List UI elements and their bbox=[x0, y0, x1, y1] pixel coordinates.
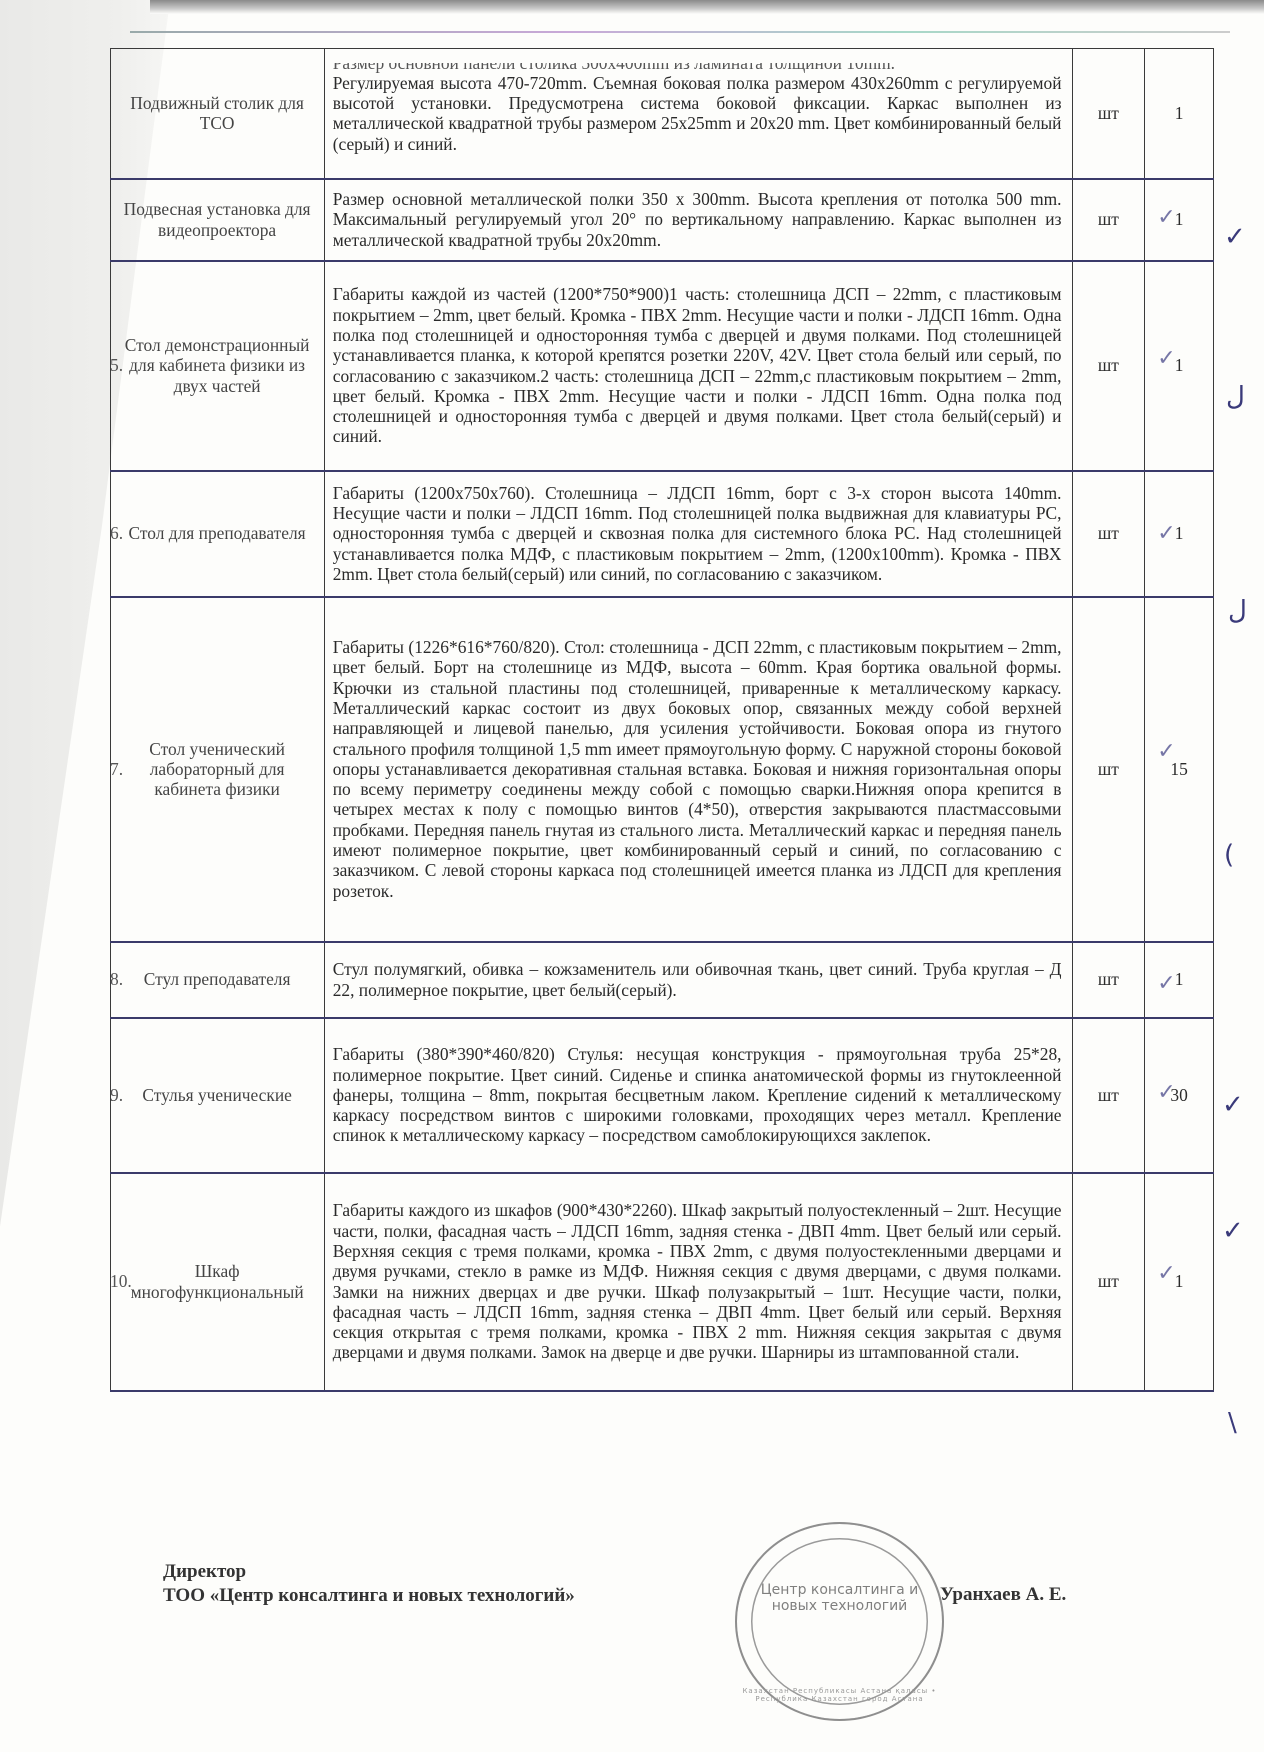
item-name: Стол демонстрационный для кабинета физик… bbox=[110, 261, 324, 471]
margin-check-icon: ل bbox=[1228, 596, 1247, 626]
item-quantity: 1✓ bbox=[1145, 942, 1214, 1018]
clipped-text: Размер основной панели столика 500x400mm… bbox=[333, 63, 1062, 73]
item-unit: шт bbox=[1072, 261, 1145, 471]
signature-block: Директор ТОО «Центр консалтинга и новых … bbox=[163, 1560, 575, 1608]
item-name: Подвесная установка для видеопроектора bbox=[110, 179, 324, 261]
table-row: Подвесная установка для видеопроектораРа… bbox=[110, 179, 1214, 261]
organization-name: ТОО «Центр консалтинга и новых технологи… bbox=[163, 1584, 575, 1608]
description-text: Габариты каждой из частей (1200*750*900)… bbox=[333, 284, 1062, 446]
scan-line bbox=[130, 31, 1230, 33]
signer-name: Уранхаев А. Е. bbox=[940, 1584, 1066, 1606]
quantity-value: 1 bbox=[1175, 523, 1184, 543]
item-quantity: 15✓ bbox=[1145, 597, 1214, 942]
item-unit: шт bbox=[1072, 471, 1145, 597]
stamp-center-text: Центр консалтинга и новых технологий bbox=[737, 1582, 942, 1614]
quantity-value: 1 bbox=[1175, 1271, 1184, 1291]
company-stamp: Центр консалтинга и новых технологий Каз… bbox=[735, 1522, 944, 1721]
description-text: Регулируемая высота 470-720mm. Съемная б… bbox=[333, 73, 1062, 154]
margin-check-icon: ✓ bbox=[1224, 222, 1246, 252]
table-row: 5.Стол демонстрационный для кабинета физ… bbox=[110, 261, 1214, 471]
handwritten-check-icon: ✓ bbox=[1157, 524, 1175, 544]
item-description: Размер основной металлической полки 350 … bbox=[324, 179, 1072, 261]
description-text: Габариты (1200x750x760). Столешница – ЛД… bbox=[333, 483, 1062, 584]
table-row: 8.Стул преподавателяСтул полумягкий, оби… bbox=[110, 942, 1214, 1018]
description-text: Габариты (1226*616*760/820). Стол: столе… bbox=[333, 637, 1062, 901]
table-row: 7.Стол ученический лабораторный для каби… bbox=[110, 597, 1214, 942]
item-name: Стулья ученические bbox=[110, 1018, 324, 1173]
item-quantity: 1✓ bbox=[1145, 179, 1214, 261]
table-row: 6.Стол для преподавателяГабариты (1200x7… bbox=[110, 471, 1214, 597]
handwritten-check-icon: ✓ bbox=[1157, 208, 1175, 228]
table-row: 9.Стулья ученическиеГабариты (380*390*46… bbox=[110, 1018, 1214, 1173]
item-quantity: 1✓ bbox=[1145, 1173, 1214, 1391]
item-name: Шкаф многофункциональный bbox=[110, 1173, 324, 1391]
handwritten-check-icon: ✓ bbox=[1157, 974, 1175, 994]
description-text: Габариты каждого из шкафов (900*430*2260… bbox=[333, 1200, 1062, 1362]
page-top-edge bbox=[150, 0, 1264, 14]
item-description: Размер основной панели столика 500x400mm… bbox=[324, 49, 1072, 179]
item-unit: шт bbox=[1072, 1018, 1145, 1173]
quantity-value: 1 bbox=[1175, 969, 1184, 989]
quantity-value: 1 bbox=[1175, 209, 1184, 229]
item-name: Стол ученический лабораторный для кабине… bbox=[110, 597, 324, 942]
table-row: Подвижный столик для ТСОРазмер основной … bbox=[110, 49, 1214, 179]
margin-check-icon: ✓ bbox=[1222, 1216, 1244, 1246]
item-description: Стул полумягкий, обивка – кожзаменитель … bbox=[324, 942, 1072, 1018]
item-quantity: 1✓ bbox=[1145, 471, 1214, 597]
item-description: Габариты (1200x750x760). Столешница – ЛД… bbox=[324, 471, 1072, 597]
item-name: Стул преподавателя bbox=[110, 942, 324, 1018]
stamp-ring-text: Казахстан Республикасы Астана қаласы • Р… bbox=[737, 1687, 942, 1703]
handwritten-check-icon: ✓ bbox=[1157, 349, 1175, 369]
handwritten-check-icon: ✓ bbox=[1157, 1083, 1175, 1103]
specification-table: Подвижный столик для ТСОРазмер основной … bbox=[110, 48, 1214, 1392]
item-quantity: 30✓ bbox=[1145, 1018, 1214, 1173]
quantity-value: 1 bbox=[1175, 103, 1184, 123]
description-text: Стул полумягкий, обивка – кожзаменитель … bbox=[333, 959, 1062, 1000]
item-name: Стол для преподавателя bbox=[110, 471, 324, 597]
item-description: Габариты (1226*616*760/820). Стол: столе… bbox=[324, 597, 1072, 942]
handwritten-check-icon: ✓ bbox=[1157, 742, 1175, 762]
description-text: Габариты (380*390*460/820) Стулья: несущ… bbox=[333, 1044, 1062, 1145]
signer-position: Директор bbox=[163, 1560, 575, 1584]
quantity-value: 1 bbox=[1175, 355, 1184, 375]
item-description: Габариты каждой из частей (1200*750*900)… bbox=[324, 261, 1072, 471]
item-unit: шт bbox=[1072, 942, 1145, 1018]
item-unit: шт bbox=[1072, 1173, 1145, 1391]
item-unit: шт bbox=[1072, 179, 1145, 261]
item-description: Габариты каждого из шкафов (900*430*2260… bbox=[324, 1173, 1072, 1391]
margin-check-icon: \ bbox=[1228, 1408, 1237, 1438]
description-text: Размер основной металлической полки 350 … bbox=[333, 189, 1062, 250]
item-quantity: 1 bbox=[1145, 49, 1214, 179]
clipped-text-line: Размер основной панели столика 500x400mm… bbox=[333, 63, 1062, 73]
item-quantity: 1✓ bbox=[1145, 261, 1214, 471]
item-name: Подвижный столик для ТСО bbox=[110, 49, 324, 179]
margin-check-icon: ل bbox=[1226, 382, 1245, 412]
margin-check-icon: ✓ bbox=[1222, 1090, 1244, 1120]
margin-check-icon: ( bbox=[1224, 840, 1234, 870]
item-unit: шт bbox=[1072, 49, 1145, 179]
table-row: 10.Шкаф многофункциональныйГабариты кажд… bbox=[110, 1173, 1214, 1391]
item-unit: шт bbox=[1072, 597, 1145, 942]
handwritten-check-icon: ✓ bbox=[1157, 1264, 1175, 1284]
item-description: Габариты (380*390*460/820) Стулья: несущ… bbox=[324, 1018, 1072, 1173]
